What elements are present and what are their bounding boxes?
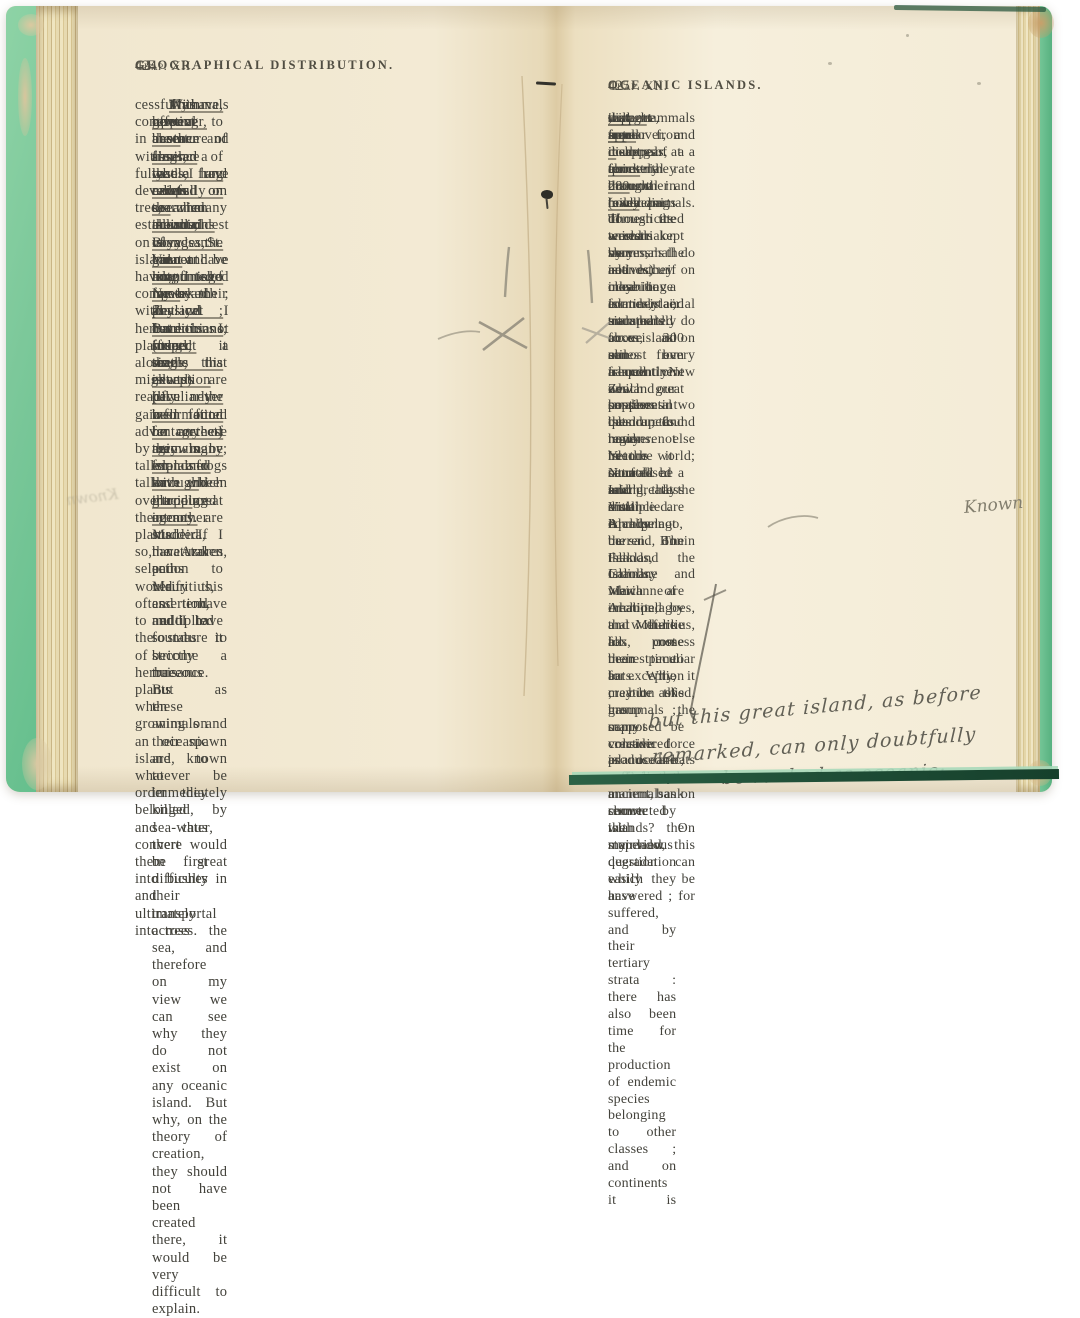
- worn-spine-left: [18, 58, 32, 136]
- book-cover-right: [1040, 6, 1052, 792]
- page-edges-right: [1016, 6, 1040, 792]
- body-text: Mammals offer another and similar case. …: [152, 97, 229, 372]
- page-edges-left: [36, 6, 78, 792]
- worn-corner-top-right: [1028, 8, 1054, 38]
- book-photo: 424 GEOGRAPHICAL DISTRIBUTION. Chap. XII…: [6, 6, 1052, 792]
- right-running-title: OCEANIC ISLANDS.: [608, 78, 763, 93]
- worn-corner-top-left: [18, 14, 44, 36]
- paper-speck-3: [906, 34, 909, 37]
- left-chapter-label: Chap. XII.: [135, 58, 194, 74]
- page-top-shade: [78, 6, 1016, 30]
- worn-corner-bottom-left: [22, 738, 52, 790]
- body-text: that mammals appear and disappear at a q…: [608, 111, 695, 800]
- paper-speck-1: [828, 62, 832, 65]
- right-page-number: 425: [608, 78, 630, 95]
- paper-speck-2: [977, 82, 981, 85]
